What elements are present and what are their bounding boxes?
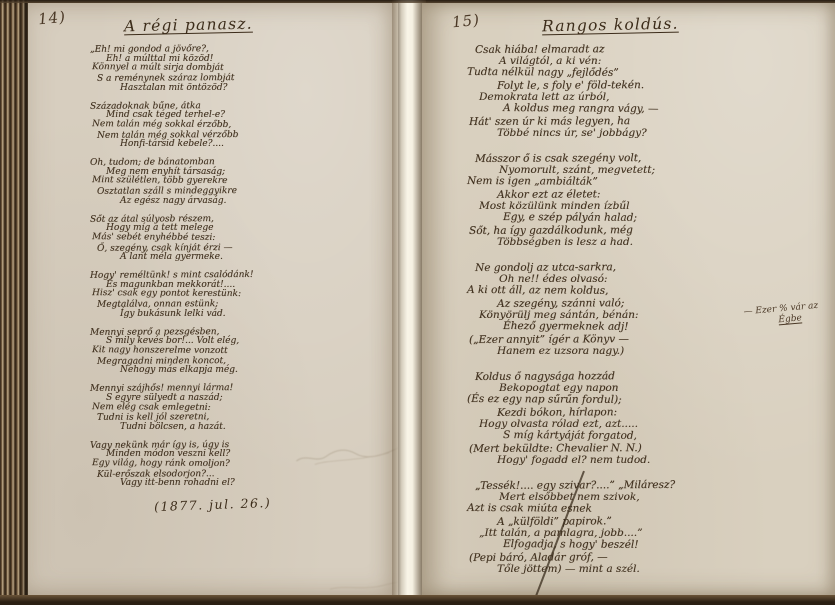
stanza: Századoknak bűne, átkaMind csak téged te… <box>84 102 384 151</box>
book-gutter-fold <box>392 0 426 605</box>
right-page-title: Rangos koldús. <box>542 15 679 36</box>
left-poem: „Eh! mi gondod a jövőre?,Eh! a múlttal m… <box>84 45 384 489</box>
photo-top-edge <box>0 0 835 3</box>
poem-line: Folyt le, s foly e' föld-tekén. <box>497 78 827 92</box>
poem-line: (Mert beküldte: Chevalier N. N.) <box>469 441 827 455</box>
poem-line: Tudni bölcsen, a hazát. <box>120 423 384 433</box>
stanza: „Eh! mi gondod a jövőre?,Eh! a múlttal m… <box>84 45 384 94</box>
stanza: Sőt az átal súlyosb részem,Hogy míg a te… <box>84 215 384 264</box>
stanza: Másszor ő is csak szegény volt,Nyomorult… <box>467 152 827 248</box>
poem-line: Sőt az átal súlyosb részem, <box>90 214 384 225</box>
poem-line: („Ezer annyit” ígér a Könyv — <box>469 332 827 346</box>
book-page-edges <box>0 0 28 605</box>
poem-line: Hanem ez uzsora nagy.) <box>497 345 827 357</box>
poem-line: Mert elsőbbet nem szivok, <box>499 491 827 503</box>
poem-line: (Pepi báró, Aladár gróf, — <box>469 550 827 564</box>
right-page-number: 15) <box>451 11 481 32</box>
poem-line: Hogy' reméltünk! s mint csalódánk! <box>90 270 384 281</box>
poem-line: Hát' szen úr ki más legyen, ha <box>469 114 827 128</box>
poem-line: Századoknak bűne, átka <box>90 101 384 112</box>
poem-line: Többségben is lesz a had. <box>497 236 827 248</box>
poem-line: Vagy itt-benn rohadni el? <box>120 479 384 489</box>
poem-line: Másszor ő is csak szegény volt, <box>475 151 827 165</box>
poem-line: Megtalálva, onnan estünk; <box>97 299 384 310</box>
poem-line: Bekopogtat egy napon <box>499 382 827 394</box>
poem-line: Tőle jöttem) — mint a szél. <box>497 563 827 575</box>
poem-line: A világtól, a ki vén: <box>499 55 827 67</box>
stanza: Hogy' reméltünk! s mint csalódánk!És mag… <box>84 271 384 320</box>
poem-line: „Eh! mi gondod a jövőre?, <box>90 44 384 55</box>
poem-line: Megragadni minden koncot, <box>97 356 384 367</box>
left-page: 14) A régi panasz. „Eh! mi gondod a jövő… <box>28 3 398 595</box>
poem-line: Csak hiába! elmaradt az <box>475 42 827 56</box>
poem-line: Nehogy más elkapja még. <box>120 366 384 376</box>
stanza: Oh, tudom; de bánatombanMeg nem enyhít t… <box>84 158 384 207</box>
stanza: Koldus ő nagysága hozzádBekopogtat egy n… <box>467 370 827 466</box>
stanza: Mennyi szájhős! mennyi lárma!S egyre sül… <box>84 384 384 433</box>
left-page-title: A régi panasz. <box>124 15 253 36</box>
poem-line: Sőt, ha így gazdálkodunk, még <box>469 223 827 237</box>
poem-line: Ne gondolj az utca-sarkra, <box>475 260 827 274</box>
poem-line: Nem talán még sokkal vérzőbb <box>97 130 384 141</box>
poem-line: Az egész nagy árvaság. <box>120 197 384 207</box>
poem-line: Mennyi szájhős! mennyi lárma! <box>90 383 384 394</box>
poem-line: Akkor ezt az életet: <box>497 187 827 201</box>
poem-line: Hogy' fogadd el? nem tudod. <box>497 454 827 466</box>
poem-line: A „külföldi” papirok.” <box>497 514 827 528</box>
poem-line: Oh ne!! édes olvasó: <box>499 273 827 285</box>
date-line: (1877. jul. 26.) <box>154 495 272 514</box>
stanza-crossed-out: „Tessék!.... egy szivar?....” „Miláresz?… <box>467 479 827 575</box>
poem-line: Nyomorult, szánt, megvetett; <box>499 164 827 176</box>
poem-line: Kezdi bókon, hírlapon: <box>497 405 827 419</box>
poem-line: Tudni is kell jól szeretni, <box>97 412 384 423</box>
poem-line: Hasztalan mit öntözöd? <box>120 84 384 94</box>
stanza: Mennyi seprő a pezsgésben,S mily kevés b… <box>84 328 384 377</box>
manuscript-book-spread: 14) A régi panasz. „Eh! mi gondod a jövő… <box>0 0 835 605</box>
photo-bottom-edge <box>0 595 835 605</box>
poem-line: Osztatlan száll s mindeggyikre <box>97 186 384 197</box>
poem-line: Többé nincs úr, se' jobbágy? <box>497 127 827 139</box>
poem-line: Így bukásunk lelki vád. <box>120 310 384 320</box>
poem-line: Honfi-társid kebele?.... <box>120 140 384 150</box>
right-page: 15) Rangos koldús. Csak hiába! elmaradt … <box>422 3 835 595</box>
poem-line: Koldus ő nagysága hozzád <box>475 369 827 383</box>
poem-line: „Tessék!.... egy szivar?....” „Miláresz? <box>475 478 827 492</box>
poem-line: S a reménynek száraz lombját <box>97 73 384 84</box>
poem-line: A lant méla gyermeke. <box>120 253 384 263</box>
poem-line: Oh, tudom; de bánatomban <box>90 157 384 168</box>
left-page-number: 14) <box>37 8 67 29</box>
poem-line: Ő, szegény, csak kínját érzi — <box>97 243 384 254</box>
poem-line: Kül-erőszak elsodorjon?... <box>97 469 384 480</box>
poem-line: Mennyi seprő a pezsgésben, <box>90 327 384 338</box>
stanza: Csak hiába! elmaradt azA világtól, a ki … <box>467 43 827 139</box>
faint-scribble <box>328 577 398 595</box>
